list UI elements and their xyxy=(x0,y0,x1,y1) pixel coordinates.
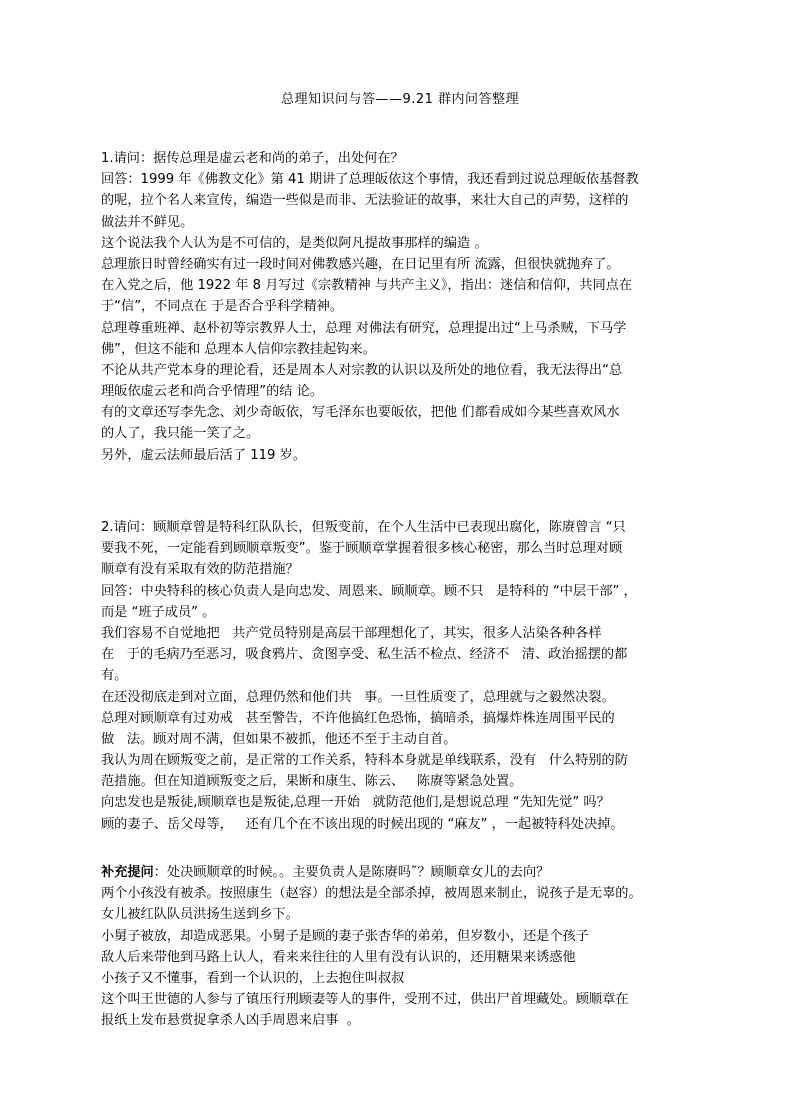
text-line: 两个小孩没有被杀。按照康生（赵容）的想法是全部杀掉，被周恩来制止，说孩子是无辜的… xyxy=(101,883,691,904)
qa-section-2: 2.请问：顾顺章曾是特科红队队长，但叛变前，在个人生活中已表现出腐化，陈赓曾言 … xyxy=(101,517,691,835)
text-line: 的呢，拉个名人来宣传，编造一些似是而非、无法验证的故事，来壮大自己的声势，这样的 xyxy=(101,190,691,211)
text-line: 总理旅日时曾经确实有过一段时间对佛教感兴趣，在日记里有所 流露，但很快就抛弃了。 xyxy=(101,254,691,275)
text-line: 女儿被红队队员洪扬生送到乡下。 xyxy=(101,904,691,925)
text-line: 要我不死，一定能看到顾顺章叛变”。鉴于顾顺章掌握着很多核心秘密，那么当时总理对顾 xyxy=(101,538,691,559)
text-line: 总理对顾顺章有过劝戒 甚至警告，不许他搞红色恐怖，搞暗杀，搞爆炸株连周围平民的 xyxy=(101,708,691,729)
document-page: 总理知识问与答——9.21 群内问答整理 1.请问：据传总理是虚云老和尚的弟子，… xyxy=(0,0,800,1100)
text-line: 敌人后来带他到马路上认人，看来来往往的人里有没有认识的，还用糖果来诱惑他 xyxy=(101,947,691,968)
text-line: 总理尊重班禅、赵朴初等宗教界人士，总理 对佛法有研究，总理提出过“上马杀贼，下马… xyxy=(101,318,691,339)
text-line: 在还没彻底走到对立面，总理仍然和他们共 事。一旦性质变了，总理就与之毅然决裂。 xyxy=(101,687,691,708)
text-line: 于“信”，不同点在 于是否合乎科学精神。 xyxy=(101,296,691,317)
text-line: 顾的妻子、岳父母等， 还有几个在不该出现的时候出现的 “麻友” ，一起被特科处决… xyxy=(101,814,691,835)
supplement-question-line: 补充提问：处决顾顺章的时候。。主要负责人是陈赓吗˜？顾顺章女儿的去向？ xyxy=(101,862,691,883)
text-line: 回答：中央特科的核心负责人是向忠发、周恩来、顾顺章。顾不只 是特科的 “中层干部… xyxy=(101,581,691,602)
text-line: 这个叫王世德的人参与了镇压行刑顾妻等人的事件，受刑不过，供出尸首埋藏处。顾顺章在 xyxy=(101,989,691,1010)
supplement-label: 补充提问 xyxy=(101,865,154,880)
text-line: 而是 “班子成员” 。 xyxy=(101,602,691,623)
text-line: 小舅子被放，却造成恶果。小舅子是顾的妻子张杏华的弟弟，但岁数小，还是个孩子 xyxy=(101,926,691,947)
text-line: 有的文章还写李先念、刘少奇皈依，写毛泽东也要皈依，把他 们都看成如今某些喜欢风水 xyxy=(101,402,691,423)
text-line: 2.请问：顾顺章曾是特科红队队长，但叛变前，在个人生活中已表现出腐化，陈赓曾言 … xyxy=(101,517,691,538)
text-line: 佛”，但这不能和 总理本人信仰宗教挂起钩来。 xyxy=(101,339,691,360)
text-line: 范措施。但在知道顾叛变之后，果断和康生、陈云、 陈赓等紧急处置。 xyxy=(101,771,691,792)
text-line: 理皈依虚云老和尚合乎情理”的结 论。 xyxy=(101,381,691,402)
text-line: 我认为周在顾叛变之前，是正常的工作关系，特科本身就是单线联系，没有 什么特别的防 xyxy=(101,750,691,771)
document-title: 总理知识问与答——9.21 群内问答整理 xyxy=(0,88,800,107)
text-line: 报纸上发布悬赏捉拿杀人凶手周恩来启事 。 xyxy=(101,1010,691,1031)
text-line: 做 法。顾对周不满，但如果不被抓，他还不至于主动自首。 xyxy=(101,729,691,750)
text-line: 在入党之后，他 1922 年 8 月写过《宗教精神 与共产主义》，指出：迷信和信… xyxy=(101,275,691,296)
qa-section-1: 1.请问：据传总理是虚云老和尚的弟子，出处何在？ 回答：1999 年《佛教文化》… xyxy=(101,148,691,466)
text-line: 顺章有没有采取有效的防范措施？ xyxy=(101,559,691,580)
text-line: 向忠发也是叛徒,顾顺章也是叛徒,总理一开始 就防范他们,是想说总理 “先知先觉”… xyxy=(101,792,691,813)
text-line: 回答：1999 年《佛教文化》第 41 期讲了总理皈依这个事情，我还看到过说总理… xyxy=(101,169,691,190)
text-line: 这个说法我个人认为是不可信的，是类似阿凡提故事那样的编造 。 xyxy=(101,233,691,254)
text-line: 的人了，我只能一笑了之。 xyxy=(101,423,691,444)
text-line: 另外，虚云法师最后活了 119 岁。 xyxy=(101,445,691,466)
text-line: 小孩子又不懂事，看到一个认识的，上去抱住叫叔叔 xyxy=(101,968,691,989)
text-line: 我们容易不自觉地把 共产党员特别是高层干部理想化了，其实，很多人沾染各种各样 xyxy=(101,623,691,644)
supplement-section: 补充提问：处决顾顺章的时候。。主要负责人是陈赓吗˜？顾顺章女儿的去向？ 两个小孩… xyxy=(101,862,691,1032)
text-line: 在 于的毛病乃至恶习，吸食鸦片、贪图享受、私生活不检点、经济不 清、政治摇摆的都 xyxy=(101,644,691,665)
text-line: 有。 xyxy=(101,665,691,686)
text-line: 做法并不鲜见。 xyxy=(101,212,691,233)
text-line: 1.请问：据传总理是虚云老和尚的弟子，出处何在？ xyxy=(101,148,691,169)
text-line: 不论从共产党本身的理论看，还是周本人对宗教的认识以及所处的地位看，我无法得出“总 xyxy=(101,360,691,381)
supplement-question: ：处决顾顺章的时候。。主要负责人是陈赓吗˜？顾顺章女儿的去向？ xyxy=(154,865,550,880)
